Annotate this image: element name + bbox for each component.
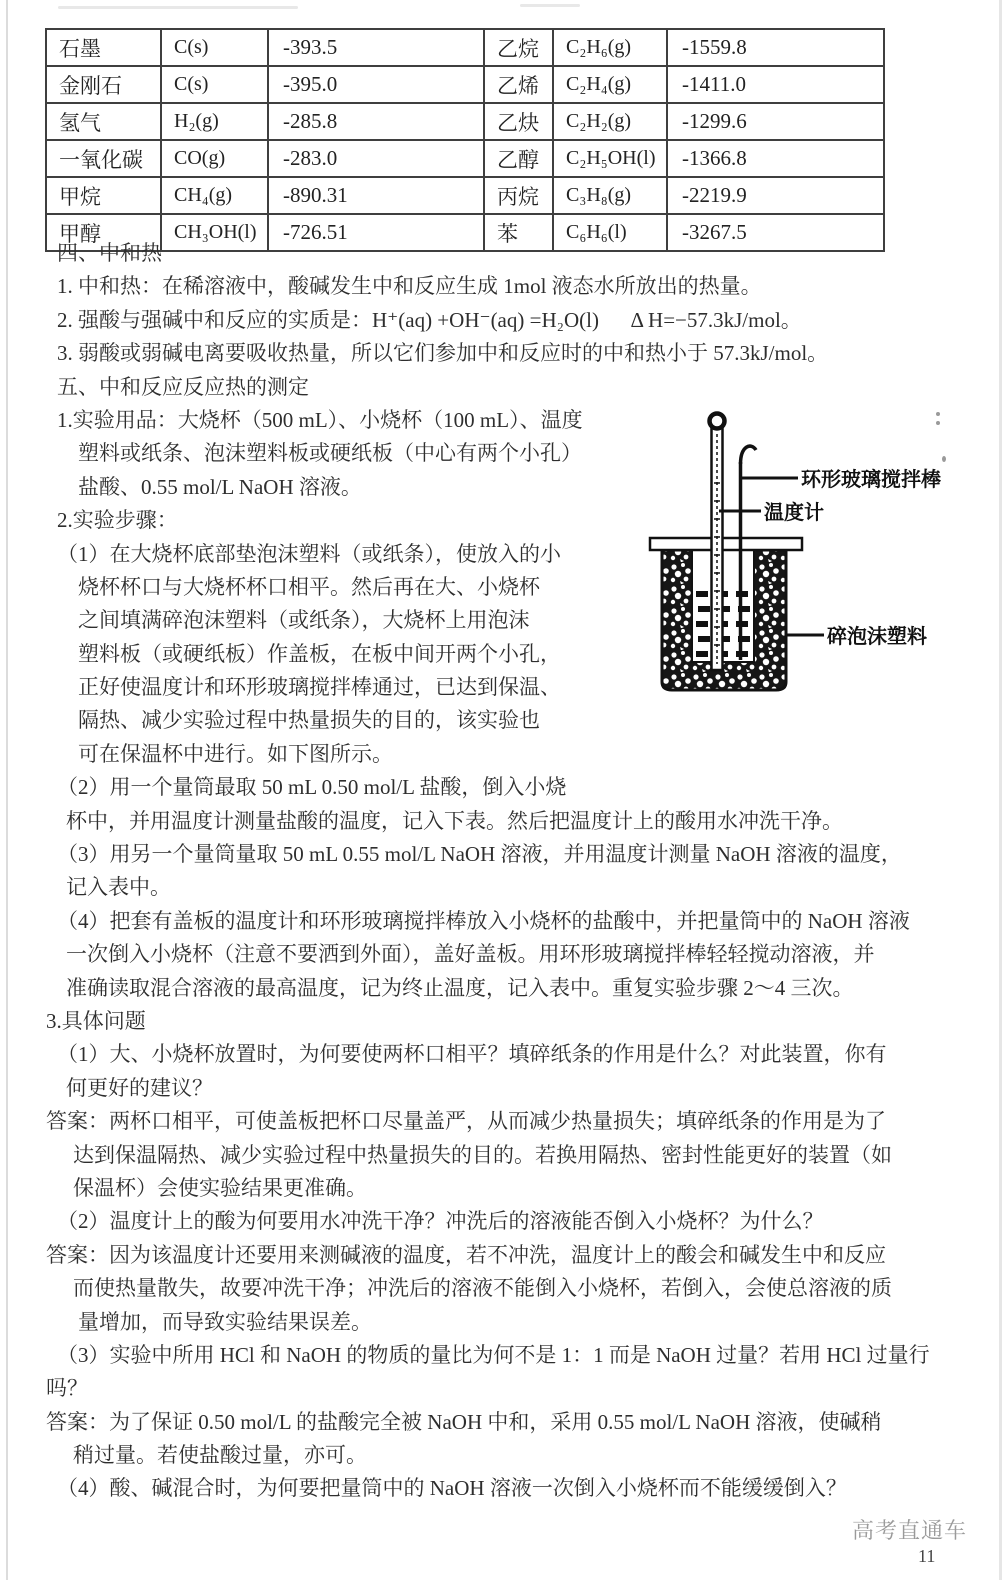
- text-line: 可在保温杯中进行。如下图所示。: [78, 738, 980, 771]
- enthalpy-value-cell: -2219.9: [667, 177, 884, 214]
- substance-name-cell: 乙炔: [484, 103, 553, 140]
- substance-name-cell: 氢气: [46, 103, 161, 140]
- text-line: 五、中和反应反应热的测定: [57, 371, 980, 404]
- text-line: 记入表中。: [66, 871, 980, 904]
- watermark: 高考直通车: [852, 1514, 967, 1545]
- substance-name-cell: 乙醇: [484, 140, 553, 177]
- thermometer: [710, 414, 725, 671]
- table-row: 甲烷 CH₄(g) -890.31 丙烷 C₃H₈(g) -2219.9: [46, 177, 884, 214]
- page-number: 11: [918, 1546, 935, 1567]
- substance-name-cell: 一氧化碳: [46, 140, 161, 177]
- substance-name-cell: 金刚石: [46, 66, 161, 103]
- enthalpy-value-cell: -285.8: [268, 103, 484, 140]
- enthalpy-value-cell: -1366.8: [667, 140, 884, 177]
- text-line: 一次倒入小烧杯（注意不要洒到外面），盖好盖板。用环形玻璃搅拌棒轻轻搅动溶液，并: [66, 938, 980, 971]
- substance-formula-cell: C₂H₅OH(l): [553, 140, 667, 177]
- substance-formula-cell: H₂(g): [161, 103, 268, 140]
- text-line: 答案：因为该温度计还要用来测碱液的温度，若不冲洗，温度计上的酸会和碱发生中和反应: [46, 1239, 980, 1272]
- foam-label: 碎泡沫塑料: [827, 624, 927, 648]
- text-line: 3. 弱酸或弱碱电离要吸收热量，所以它们参加中和反应时的中和热小于 57.3kJ…: [57, 337, 980, 370]
- enthalpy-value-cell: -1559.8: [667, 29, 884, 66]
- text-line: 四、中和热: [57, 237, 980, 270]
- stirrer-label: 环形玻璃搅拌棒: [801, 467, 941, 491]
- substance-name-cell: 乙烯: [484, 66, 553, 103]
- text-line: （3）实验中所用 HCl 和 NaOH 的物质的量比为何不是 1：1 而是 Na…: [57, 1339, 980, 1372]
- scan-edge-left: [6, 0, 8, 1580]
- text-line: 2. 强酸与强碱中和反应的实质是：H⁺(aq) +OH⁻(aq) =H₂O(l)…: [57, 304, 980, 337]
- substance-formula-cell: CO(g): [161, 140, 268, 177]
- table-row: 石墨 C(s) -393.5 乙烷 C₂H₆(g) -1559.8: [46, 29, 884, 66]
- enthalpy-table-body: 石墨 C(s) -393.5 乙烷 C₂H₆(g) -1559.8 金刚石 C(…: [46, 29, 884, 251]
- text-line: 稍过量。若使盐酸过量，亦可。: [73, 1439, 980, 1472]
- text-line: （3）用另一个量筒量取 50 mL 0.55 mol/L NaOH 溶液，并用温…: [57, 838, 980, 871]
- substance-name-cell: 石墨: [46, 29, 161, 66]
- substance-formula-cell: C₂H₆(g): [553, 29, 667, 66]
- text-line: 答案：为了保证 0.50 mol/L 的盐酸完全被 NaOH 中和，采用 0.5…: [46, 1406, 980, 1439]
- text-line: 准确读取混合溶液的最高温度，记为终止温度，记入表中。重复实验步骤 2～4 三次。: [66, 972, 980, 1005]
- enthalpy-value-cell: -395.0: [268, 66, 484, 103]
- substance-formula-cell: C(s): [161, 29, 268, 66]
- text-line: 1. 中和热：在稀溶液中，酸碱发生中和反应生成 1mol 液态水所放出的热量。: [57, 270, 980, 303]
- text-line: （2）用一个量筒最取 50 mL 0.50 mol/L 盐酸，倒入小烧: [57, 771, 980, 804]
- substance-formula-cell: C₂H₂(g): [553, 103, 667, 140]
- text-line: 保温杯）会使实验结果更准确。: [73, 1172, 980, 1205]
- scan-smudge: [520, 4, 580, 7]
- text-line: （2）温度计上的酸为何要用水冲洗干净？冲洗后的溶液能否倒入小烧杯？为什么？: [57, 1205, 980, 1238]
- text-line: 量增加，而导致实验结果误差。: [78, 1306, 980, 1339]
- enthalpy-value-cell: -393.5: [268, 29, 484, 66]
- table-row: 金刚石 C(s) -395.0 乙烯 C₂H₄(g) -1411.0: [46, 66, 884, 103]
- scan-edge-right: [999, 0, 1002, 1580]
- text-line: 何更好的建议？: [66, 1072, 980, 1105]
- substance-formula-cell: C₃H₈(g): [553, 177, 667, 214]
- enthalpy-table: 石墨 C(s) -393.5 乙烷 C₂H₆(g) -1559.8 金刚石 C(…: [45, 28, 885, 252]
- text-line: 达到保温隔热、减少实验过程中热量损失的目的。若换用隔热、密封性能更好的装置（如: [73, 1139, 980, 1172]
- calorimeter-diagram: 环形玻璃搅拌棒 温度计 碎泡沫塑料: [648, 408, 968, 718]
- text-line: （4）酸、碱混合时，为何要把量筒中的 NaOH 溶液一次倒入小烧杯而不能缓缓倒入…: [57, 1472, 980, 1505]
- table-row: 氢气 H₂(g) -285.8 乙炔 C₂H₂(g) -1299.6: [46, 103, 884, 140]
- substance-name-cell: 乙烷: [484, 29, 553, 66]
- substance-formula-cell: C(s): [161, 66, 268, 103]
- scanned-document-page: 石墨 C(s) -393.5 乙烷 C₂H₆(g) -1559.8 金刚石 C(…: [0, 0, 1005, 1580]
- scan-smudge: [58, 6, 298, 9]
- substance-name-cell: 甲烷: [46, 177, 161, 214]
- thermometer-label: 温度计: [764, 500, 824, 524]
- enthalpy-value-cell: -283.0: [268, 140, 484, 177]
- substance-formula-cell: C₂H₄(g): [553, 66, 667, 103]
- text-line: 杯中，并用温度计测量盐酸的温度，记入下表。然后把温度计上的酸用水冲洗干净。: [66, 805, 980, 838]
- text-line: 答案：两杯口相平，可使盖板把杯口尽量盖严，从而减少热量损失；填碎纸条的作用是为了: [46, 1105, 980, 1138]
- table-row: 一氧化碳 CO(g) -283.0 乙醇 C₂H₅OH(l) -1366.8: [46, 140, 884, 177]
- text-line: （1）大、小烧杯放置时，为何要使两杯口相平？填碎纸条的作用是什么？对此装置，你有: [57, 1038, 980, 1071]
- substance-name-cell: 丙烷: [484, 177, 553, 214]
- text-line: （4）把套有盖板的温度计和环形玻璃搅拌棒放入小烧杯的盐酸中，并把量筒中的 NaO…: [57, 905, 980, 938]
- text-line: 3.具体问题: [46, 1005, 980, 1038]
- enthalpy-value-cell: -1299.6: [667, 103, 884, 140]
- enthalpy-value-cell: -1411.0: [667, 66, 884, 103]
- text-line: 而使热量散失，故要冲洗干净；冲洗后的溶液不能倒入小烧杯，若倒入，会使总溶液的质: [73, 1272, 980, 1305]
- text-line: 吗？: [46, 1372, 980, 1405]
- substance-formula-cell: CH₄(g): [161, 177, 268, 214]
- enthalpy-value-cell: -890.31: [268, 177, 484, 214]
- cover-board: [650, 538, 802, 550]
